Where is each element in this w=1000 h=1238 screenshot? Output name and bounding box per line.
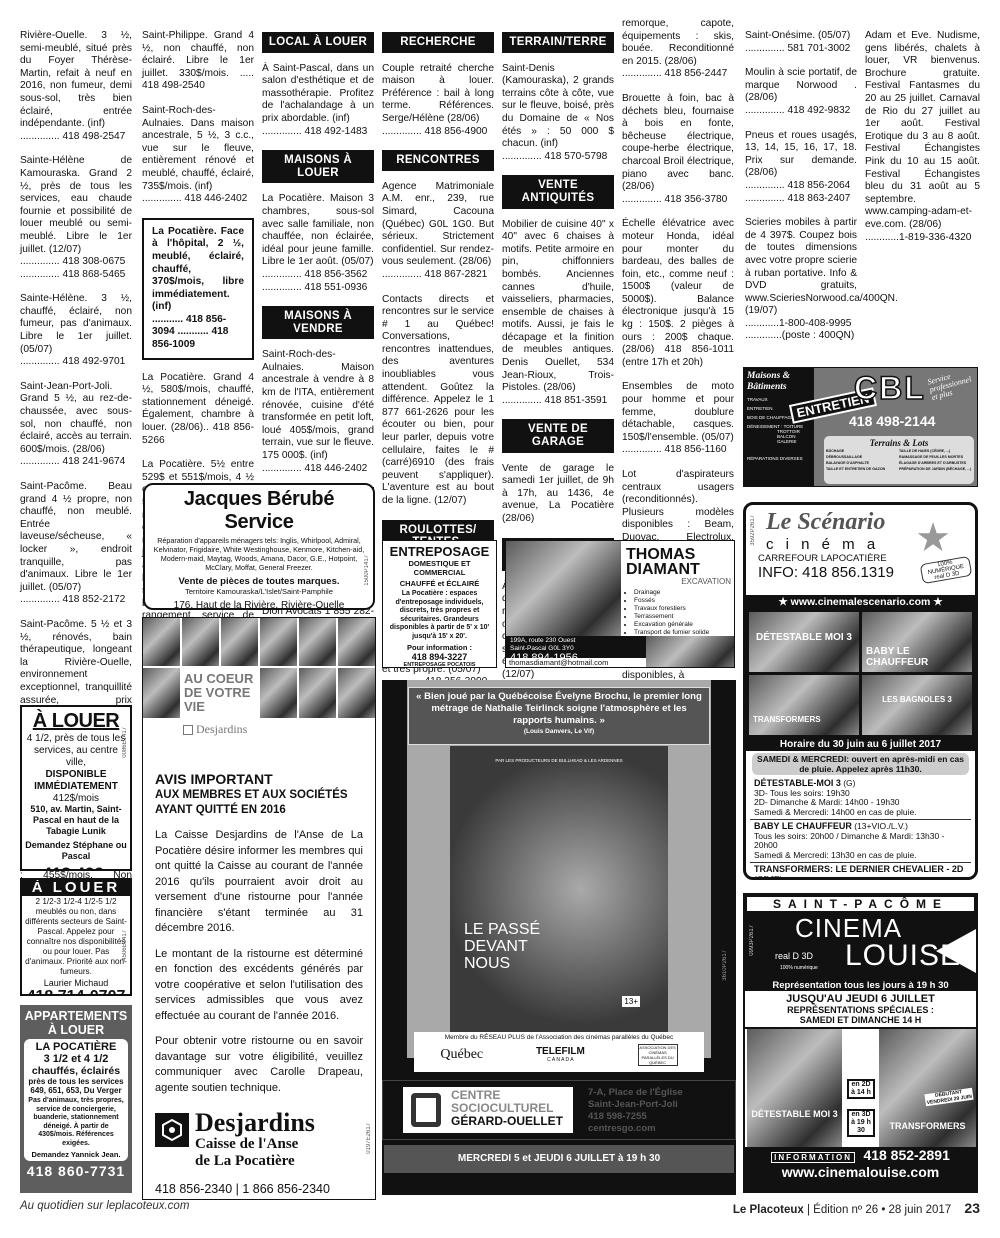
- column-7: Saint-Onésime. (05/07).............. 581…: [745, 30, 857, 355]
- classified-ad: Brouette à foin, bac à déchets bleu, fou…: [622, 93, 734, 206]
- ad-phone: .............. 418 856-2447: [622, 68, 734, 81]
- poster-title: LE PASSÉ DEVANT NOUS: [464, 921, 544, 972]
- logo-line: THOMAS: [626, 547, 731, 562]
- special-text: REPRÉSENTATIONS SPÉCIALES :: [747, 1005, 974, 1015]
- ad-le-scenario-cinema: Le Scénario c i n é m a CARREFOUR LAPOCA…: [743, 502, 978, 880]
- quebec-logo: Québec: [440, 1047, 483, 1063]
- schedule-notice: SAMEDI & MERCREDI: ouvert en après-midi …: [752, 753, 969, 775]
- ad-address: 199A, route 230 Ouest: [510, 637, 642, 645]
- classified-ad: La Pocatière. Maison 3 chambres, sous-so…: [262, 193, 374, 294]
- classified-ad: Saint-Philippe. Grand 4 ½, non chauffé, …: [142, 30, 254, 93]
- classified-ad: Couple retraité cherche maison à louer. …: [382, 63, 494, 139]
- banner-logo-text: Desjardins: [196, 722, 247, 736]
- movie-rating: (G): [843, 778, 855, 788]
- ad-text: Rivière-Ouelle. 3 ½, semi-meublé, situé …: [20, 30, 132, 131]
- ad-text: 4 1/2, près de tous les services, au cen…: [25, 733, 127, 769]
- services-list: Drainage Fossés Travaux forestiers Terra…: [626, 589, 731, 637]
- ad-title: AVIS IMPORTANT: [155, 771, 363, 788]
- logo-sub: de La Pocatière: [195, 1153, 315, 1170]
- showtime: Samedi & Mercredi: 13h30 en cas de pluie…: [754, 851, 967, 861]
- section-header: TERRAIN/TERRE: [502, 32, 614, 53]
- section-header: VENTE DE GARAGE: [502, 419, 614, 452]
- ad-inner: LA POCATIÈRE 3 1/2 et 4 1/2 chauffés, éc…: [24, 1039, 128, 1161]
- schedule-heading: Horaire du 30 juin au 6 juillet 2017: [746, 738, 975, 751]
- ad-city: LA POCATIÈRE: [26, 1041, 126, 1053]
- ad-text: Sainte-Hélène de Kamouraska. Grand 2 ½, …: [20, 155, 132, 256]
- section-header: RENCONTRES: [382, 150, 494, 171]
- edition-info: | Édition nº 26 • 28 juin 2017: [807, 1204, 951, 1216]
- ad-text: Saint-Onésime. (05/07): [745, 30, 857, 43]
- desjardins-logo: Desjardins Caisse de l'Anse de La Pocati…: [155, 1110, 363, 1170]
- ad-cbl-entretien: Maisons & Bâtiments TRAVAUX ENTRETIEN BO…: [743, 367, 978, 487]
- ad-text: Saint-Roch-des-Aulnaies. Dans maison anc…: [142, 105, 254, 193]
- classified-ad: Saint-Pacôme. Beau grand 4 ½ propre, non…: [20, 481, 132, 607]
- ad-phone: .............. 418 356-3780: [622, 194, 734, 207]
- classified-ad: remorque, capote, équipements : skis, bo…: [622, 18, 734, 81]
- ad-text: Réparation d'appareils ménagers tels: In…: [150, 536, 368, 572]
- screening-dates: MERCREDI 5 et JEUDI 6 JUILLET à 19 h 30: [384, 1145, 734, 1173]
- ad-price: 412$/mois: [25, 793, 127, 804]
- ad-text: Moulin à scie portatif, de marque Norwoo…: [745, 67, 857, 105]
- ad-website[interactable]: www.cinemalouise.com: [745, 1165, 976, 1180]
- ad-text: Adam et Eve. Nudisme, gens libérés, chal…: [865, 30, 980, 232]
- ad-sizes: 3 1/2 et 4 1/2: [26, 1053, 126, 1065]
- classified-ad: Ensembles de moto pour homme et pour fem…: [622, 381, 734, 457]
- classified-ad: Sainte-Hélène. 3 ½, chauffé, éclairé, no…: [20, 293, 132, 369]
- section-header: RECHERCHE: [382, 32, 494, 53]
- ad-contact: Demandez Yannick Jean.: [26, 1150, 126, 1159]
- classified-ad: Saint-Jean-Port-Joli. Grand 5 ½, au rez-…: [20, 381, 132, 469]
- ad-code: 0086E1417: [122, 727, 128, 758]
- quote-box: « Bien joué par la Québécoise Évelyne Br…: [408, 687, 710, 745]
- ad-phone: .............. 418 852-2172: [20, 594, 132, 607]
- ad-text: Pour information :: [386, 643, 493, 652]
- poster-title: DÉTESTABLE MOI 3: [751, 1109, 837, 1119]
- footer-tagline: Au quotidien sur leplacoteux.com: [20, 1200, 189, 1212]
- poster-title: LES BAGNOLES 3: [882, 695, 952, 704]
- ad-text: Ensembles de moto pour homme et pour fem…: [622, 381, 734, 444]
- ad-phone: .............. 418 856-3562 ............…: [262, 269, 374, 294]
- ad-phone: ............1-819-336-4320: [865, 232, 980, 245]
- service-item: Fossés: [634, 597, 731, 605]
- centre-name: GÉRARD-OUELLET: [451, 1115, 571, 1128]
- movie-rating: (13+VIO./L.V.): [854, 821, 908, 831]
- terrains-title: Terrains & Lots: [826, 438, 972, 448]
- ad-text: Couple retraité cherche maison à louer. …: [382, 63, 494, 126]
- service-item: RÉPARATIONS DIVERSES: [747, 456, 811, 461]
- centre-logo: CENTRE SOCIOCULTUREL GÉRARD-OUELLET: [403, 1087, 573, 1133]
- ad-a-louer-laurier-michaud: À LOUER 2 1/2-3 1/2-4 1/2-5 1/2 meublés …: [20, 878, 132, 996]
- classified-ad: Saint-Onésime. (05/07).............. 581…: [745, 30, 857, 55]
- photo: [299, 668, 336, 718]
- centre-band: CENTRE SOCIOCULTUREL GÉRARD-OUELLET 7-A,…: [382, 1080, 736, 1140]
- ad-subtitle: DOMESTIQUE ET COMMERCIAL: [386, 559, 493, 577]
- ad-code: 3610P2617: [722, 950, 728, 981]
- classified-ad: Adam et Eve. Nudisme, gens libérés, chal…: [865, 30, 980, 244]
- louise-header: CINEMA LOUISE real D 3D 100% numérique: [745, 913, 976, 980]
- ad-phone: 418 860-7731: [24, 1163, 128, 1179]
- ad-text: Saint-Roch-des-Aulnaies. Maison ancestra…: [262, 349, 374, 462]
- scenario-website[interactable]: ★ www.cinemalescenario.com ★: [746, 595, 975, 609]
- section-header: VENTE ANTIQUITÉS: [502, 175, 614, 208]
- poster: LES BAGNOLES 3: [862, 675, 972, 735]
- classified-ad: À Saint-Pascal, dans un salon d'esthétiq…: [262, 63, 374, 139]
- sponsor-logos: Québec TELEFILMC A N A D A ASSOCIATION D…: [414, 1044, 704, 1066]
- poster-title: TRANSFORMERS: [753, 715, 821, 724]
- classified-ad: La Pocatière. Grand 4 ½, 580$/mois, chau…: [142, 372, 254, 448]
- ad-phone: .............. 418 867-2821: [382, 269, 494, 282]
- ad-text: Territoire Kamouraska/L'Islet/Saint-Pamp…: [150, 587, 368, 596]
- terrain-item: TAILLE ET ENTRETIEN DE GAZON: [826, 466, 899, 472]
- ad-phone: ........... 418 856-3094 ........... 418…: [152, 314, 244, 352]
- ad-thomas-diamant-excavation: THOMAS DIAMANT EXCAVATION Drainage Fossé…: [505, 540, 735, 668]
- terrains-box: Terrains & Lots BÛCHAGETAILLE DE HAIES (…: [824, 436, 974, 484]
- schedule-list: DÉTESTABLE-MOI 3 (G)3D- Tous les soirs: …: [750, 777, 971, 880]
- photo: [260, 618, 297, 666]
- logo-sub: EXCAVATION: [626, 577, 731, 586]
- cbl-logo: CBL: [854, 370, 926, 407]
- photo: [338, 618, 375, 666]
- poster-title: DÉTESTABLE MOI 3: [756, 632, 852, 643]
- company-logo: THOMAS DIAMANT EXCAVATION Drainage Fossé…: [626, 547, 731, 637]
- logo-text: Desjardins Caisse de l'Anse de La Pocati…: [195, 1110, 315, 1170]
- ad-subtitle: CHAUFFÉ et ÉCLAIRÉ: [386, 579, 493, 588]
- rating-badge: 13+: [622, 996, 640, 1007]
- ad-text: Saint-Denis (Kamouraska), 2 grands terra…: [502, 63, 614, 151]
- showtime: Samedi & Mercredi: 14h00 en cas de pluie…: [754, 808, 967, 818]
- poster: TRANSFORMERS: [879, 1029, 976, 1147]
- ad-jacques-berube-service: Jacques Bérubé Service Réparation d'appa…: [143, 483, 375, 610]
- star-icon: ★: [915, 515, 951, 561]
- ad-phone: .............. 418 492-1483: [262, 126, 374, 139]
- cbl-left-panel: Maisons & Bâtiments TRAVAUX ENTRETIEN BO…: [744, 368, 814, 487]
- poster: DÉTESTABLE MOI 3: [749, 612, 859, 672]
- movie-rating: (GDJE): [754, 874, 782, 881]
- ad-title: À LOUER: [25, 710, 127, 733]
- louise-posters: DÉTESTABLE MOI 3 en 2D à 14 h en 3D à 19…: [745, 1029, 976, 1147]
- ad-website[interactable]: centresgo.com: [588, 1123, 683, 1135]
- ad-phone: 418 598-7255: [588, 1111, 683, 1123]
- ad-phone: .............. 418 308-0675 ............…: [20, 256, 132, 281]
- info-label: INFORMATION: [771, 1152, 855, 1163]
- scenario-header: Le Scénario c i n é m a CARREFOUR LAPOCA…: [746, 505, 975, 595]
- ad-paragraph: Le montant de la ristourne est déterminé…: [155, 947, 363, 1025]
- photo: [182, 618, 219, 666]
- ad-text: Pas d'animaux, très propres, service de …: [26, 1097, 126, 1148]
- ad-phone: .............. 418 446-2402: [262, 463, 374, 476]
- ad-text: DISPONIBLE IMMÉDIATEMENT: [25, 769, 127, 793]
- marquee: SAINT-PACÔME: [745, 895, 976, 913]
- centre-contact: 7-A, Place de l'Église Saint-Jean-Port-J…: [588, 1087, 683, 1135]
- ad-phone: .............. 418 851-3591: [502, 395, 614, 408]
- banner-line: DE VOTRE VIE: [184, 686, 256, 714]
- classified-ad: Sainte-Hélène de Kamouraska. Grand 2 ½, …: [20, 155, 132, 281]
- arrow-shape: [936, 929, 976, 973]
- ad-text: La Pocatière. Face à l'hôpital, 2 ½, meu…: [152, 226, 244, 314]
- logo-sub: Caisse de l'Anse: [195, 1136, 315, 1153]
- poster-title: TRANSFORMERS: [890, 1121, 966, 1131]
- film-quote: « Bien joué par la Québécoise Évelyne Br…: [413, 691, 705, 727]
- classified-ad: Contacts directs et rencontres sur le se…: [382, 294, 494, 508]
- ad-text: Vente de garage le samedi 1er juillet, d…: [502, 463, 614, 526]
- ad-phone: ............1-800-408-9995 .............…: [745, 318, 857, 343]
- ad-paragraph: Pour obtenir votre ristourne ou en savoi…: [155, 1034, 363, 1096]
- ad-text: Pneus et roues usagés, 13, 14, 15, 16, 1…: [745, 130, 857, 180]
- boxed-classified-ad: La Pocatière. Face à l'hôpital, 2 ½, meu…: [142, 218, 254, 360]
- sponsor-band: Membre du RÉSEAU PLUS de l'Association d…: [414, 1032, 704, 1072]
- ad-body: AVIS IMPORTANT AUX MEMBRES ET AUX SOCIÉT…: [143, 741, 375, 1200]
- ad-email: thomasdiamant@hotmail.com: [506, 658, 646, 667]
- left-title: Maisons & Bâtiments: [747, 371, 811, 393]
- ad-phone: .............. 418 492-9832: [745, 105, 857, 118]
- classified-ad: Échelle élévatrice avec moteur Honda, id…: [622, 218, 734, 369]
- desjardins-small-icon: [183, 725, 193, 735]
- poster: TRANSFORMERS: [749, 675, 859, 735]
- representation-text: Représentation tous les jours à 19 h 30: [745, 980, 976, 991]
- reald-logo: real D 3D: [775, 951, 813, 961]
- section-header: MAISONS À LOUER: [262, 150, 374, 183]
- ad-phone: .............. 418 241-9674: [20, 456, 132, 469]
- banner-logo: Desjardins: [143, 718, 375, 741]
- section-header: MAISONS À VENDRE: [262, 306, 374, 339]
- louise-dates: JUSQU'AU JEUDI 6 JUILLET REPRÉSENTATIONS…: [745, 991, 976, 1027]
- showtime-tag: en 2D à 14 h: [847, 1079, 875, 1099]
- classified-ad: Saint-Roch-des-Aulnaies. Dans maison anc…: [142, 105, 254, 206]
- ad-contact: Demandez Stéphane ou Pascal: [25, 840, 127, 862]
- ad-text: Sainte-Hélène. 3 ½, chauffé, éclairé, no…: [20, 293, 132, 356]
- ad-title: À LOUER: [22, 880, 130, 896]
- special-text: SAMEDI ET DIMANCHE 14 H: [747, 1015, 974, 1025]
- ad-phone: 418 852-2891: [863, 1147, 949, 1163]
- section-header: LOCAL À LOUER: [262, 32, 374, 53]
- ad-text: La Pocatière. Maison 3 chambres, sous-so…: [262, 193, 374, 269]
- photo: [221, 618, 258, 666]
- ad-text: Échelle élévatrice avec moteur Honda, id…: [622, 218, 734, 369]
- poster: DÉTESTABLE MOI 3: [747, 1029, 842, 1147]
- photo: [299, 618, 336, 666]
- telefilm-sub: C A N A D A: [536, 1057, 585, 1063]
- poster-producers: PAR LES PRODUCTEURS DE BULLHEAD & LES AR…: [450, 758, 668, 763]
- poster-title: BABY LE CHAUFFEUR: [866, 646, 928, 668]
- ad-address: 176, Haut de la Rivière, Rivière-Ouelle: [150, 600, 368, 610]
- desjardins-hexagon-icon: [155, 1113, 189, 1147]
- ad-title: ENTREPOSAGE: [386, 544, 493, 559]
- quote-source: (Louis Danvers, Le Vif): [413, 728, 705, 735]
- ad-phone: .............. 581 701-3002: [745, 43, 857, 56]
- service-item: GALERIE: [777, 439, 811, 444]
- showtime: Tous les soirs: 20h00 / Dimanche & Mardi…: [754, 832, 967, 851]
- ad-address: Saint-Pascal G0L 3Y0: [510, 645, 642, 653]
- ad-text: À Saint-Pascal, dans un salon d'esthétiq…: [262, 63, 374, 126]
- poster: BABY LE CHAUFFEUR: [862, 612, 972, 672]
- truck-photo: [646, 636, 735, 668]
- ad-phone: .............. 418 492-9701: [20, 356, 132, 369]
- ad-text: 2 1/2-3 1/2-4 1/2-5 1/2 meublés ou non, …: [22, 896, 130, 978]
- ad-phone: .............. 418 856-2064 ............…: [745, 180, 857, 205]
- banner-line: AU COEUR: [184, 672, 256, 686]
- schedule-item: BABY LE CHAUFFEUR (13+VIO./L.V.)Tous les…: [750, 820, 971, 863]
- photo-banner: AU COEUR DE VOTRE VIE: [143, 618, 375, 718]
- ad-code: 0197E2617: [366, 1123, 372, 1154]
- classified-ad: Saint-Roch-des-Aulnaies. Maison ancestra…: [262, 349, 374, 475]
- ad-text: Mobilier de cuisine 40" x 40" avec 6 cha…: [502, 219, 614, 395]
- ad-text: Saint-Jean-Port-Joli. Grand 5 ½, au rez-…: [20, 381, 132, 457]
- page-number: 23: [964, 1200, 980, 1216]
- ad-phone: 418 492-2096: [25, 864, 127, 871]
- ad-text: Vente de pièces de toutes marques.: [150, 576, 368, 587]
- logo-name: Desjardins: [195, 1110, 315, 1136]
- ad-title: APPARTEMENTS À LOUER: [24, 1009, 128, 1037]
- schedule-item: DÉTESTABLE-MOI 3 (G)3D- Tous les soirs: …: [750, 777, 971, 820]
- cbl-tagline: Service professionnel et plus: [927, 367, 978, 402]
- ad-text: remorque, capote, équipements : skis, bo…: [622, 18, 734, 68]
- ad-text: Brouette à foin, bac à déchets bleu, fou…: [622, 93, 734, 194]
- ad-text: Saint-Pacôme. Beau grand 4 ½ propre, non…: [20, 481, 132, 594]
- ad-code: 3592P2617: [750, 515, 756, 546]
- photo: [143, 668, 180, 718]
- ad-phone: 418 894-3227: [386, 652, 493, 662]
- service-item: Drainage: [634, 589, 731, 597]
- classified-ad: Mobilier de cuisine 40" x 40" avec 6 cha…: [502, 219, 614, 408]
- classified-ad: Agence Matrimoniale A.M. enr., 239, rue …: [382, 181, 494, 282]
- ad-subtitle: AUX MEMBRES ET AUX SOCIÉTÉS AYANT QUITTÉ…: [155, 788, 363, 818]
- ad-phone: .............. 418 446-2402: [142, 193, 254, 206]
- classified-ad: Pneus et roues usagés, 13, 14, 15, 16, 1…: [745, 130, 857, 206]
- ad-features: chauffés, éclairés: [26, 1065, 126, 1077]
- logo-line: DIAMANT: [626, 562, 731, 577]
- classified-ad: Vente de garage le samedi 1er juillet, d…: [502, 463, 614, 526]
- louise-info: INFORMATION 418 852-2891 www.cinemalouis…: [745, 1147, 976, 1180]
- ad-phone: .............. 418 570-5798: [502, 151, 614, 164]
- ad-appartements-a-louer: APPARTEMENTS À LOUER LA POCATIÈRE 3 1/2 …: [20, 1005, 132, 1193]
- newspaper-brand: Le Placoteux: [733, 1204, 804, 1216]
- classified-ad: Moulin à scie portatif, de marque Norwoo…: [745, 67, 857, 117]
- footer-edition: Le Placoteux | Édition nº 26 • 28 juin 2…: [733, 1200, 980, 1216]
- ad-title: Jacques Bérubé Service: [150, 488, 368, 534]
- ad-phone: 418 714-0707: [22, 988, 130, 996]
- movie-title: DÉTESTABLE-MOI 3: [754, 778, 841, 788]
- ad-entreposage: ENTREPOSAGE DOMESTIQUE ET COMMERCIAL CHA…: [382, 540, 497, 668]
- ad-le-passe-devant-nous: « Bien joué par la Québécoise Évelyne Br…: [382, 680, 736, 1195]
- ad-code: 1500P1417: [364, 555, 370, 586]
- ad-desjardins: AU COEUR DE VOTRE VIE Desjardins AVIS IM…: [142, 617, 376, 1200]
- ad-text: Scieries mobiles à partir de 4 397$. Cou…: [745, 217, 857, 318]
- excavator-photo: [506, 541, 621, 636]
- ad-text: La Pocatière : espaces d'entreposage ind…: [386, 590, 493, 641]
- ad-text: près de tous les services: [26, 1077, 126, 1086]
- film-poster: PAR LES PRODUCTEURS DE BULLHEAD & LES AR…: [450, 746, 668, 1032]
- ad-text: Saint-Philippe. Grand 4 ½, non chauffé, …: [142, 30, 254, 93]
- service-item: Excavation générale: [634, 621, 731, 629]
- ad-address: Saint-Jean-Port-Joli: [588, 1099, 683, 1111]
- ad-cinema-louise: SAINT-PACÔME CINEMA LOUISE real D 3D 100…: [743, 893, 978, 1193]
- classified-ad: Scieries mobiles à partir de 4 397$. Cou…: [745, 217, 857, 343]
- terrain-item: PRÉPARATION DE JARDIN (BÊCHAGE, ...): [899, 466, 972, 472]
- service-item: Terrassement: [634, 613, 731, 621]
- service-item: TRAVAUX: [747, 397, 811, 402]
- member-text: Membre du RÉSEAU PLUS de l'Association d…: [414, 1034, 704, 1041]
- numerique-label: 100% numérique: [780, 965, 818, 971]
- classified-ad: Saint-Denis (Kamouraska), 2 grands terra…: [502, 63, 614, 164]
- ad-address: 649, 651, 653, Du Verger: [26, 1086, 126, 1095]
- classified-ad: Rivière-Ouelle. 3 ½, semi-meublé, situé …: [20, 30, 132, 143]
- ad-text: La Pocatière. Grand 4 ½, 580$/mois, chau…: [142, 372, 254, 448]
- ad-phone: 418 856-2340 | 1 866 856-2340: [155, 1182, 363, 1198]
- terrains-grid: BÛCHAGETAILLE DE HAIES (CÈDRE, ...) DÉBR…: [826, 448, 972, 472]
- telefilm-text: TELEFILM: [536, 1047, 585, 1057]
- telefilm-logo: TELEFILMC A N A D A: [536, 1047, 585, 1063]
- ad-paragraph: La Caisse Desjardins de l'Anse de La Poc…: [155, 828, 363, 937]
- ad-a-louer-saint-pascal: À LOUER 4 1/2, près de tous les services…: [20, 705, 132, 871]
- ad-phone: .............. 418 498-2547: [20, 131, 132, 144]
- schedule-item: TRANSFORMERS: LE DERNIER CHEVALIER - 2D …: [750, 863, 971, 880]
- ad-contact: Laurier Michaud: [22, 978, 130, 988]
- ad-phone: .............. 418 856-1160: [622, 444, 734, 457]
- cgo-icon: [411, 1093, 441, 1127]
- movie-title: TRANSFORMERS: LE DERNIER CHEVALIER - 2D: [754, 864, 963, 874]
- until-text: JUSQU'AU JEUDI 6 JUILLET: [747, 993, 974, 1005]
- ad-code: 4506E1417: [122, 930, 128, 961]
- showtime-tag: en 3D à 19 h 30: [847, 1109, 875, 1137]
- poster-grid: DÉTESTABLE MOI 3 BABY LE CHAUFFEUR TRANS…: [746, 609, 975, 738]
- banner-text: AU COEUR DE VOTRE VIE: [182, 668, 258, 718]
- service-item: Travaux forestiers: [634, 605, 731, 613]
- column-8: Adam et Eve. Nudisme, gens libérés, chal…: [865, 30, 980, 256]
- ad-code: 0993P2617: [749, 925, 755, 956]
- photo: [338, 668, 375, 718]
- movie-title: BABY LE CHAUFFEUR: [754, 821, 852, 831]
- photo: [260, 668, 297, 718]
- acpq-logo: ASSOCIATION DES CINÉMAS PARALLÈLES DU QU…: [638, 1044, 678, 1066]
- ad-phone: 418 498-2144: [849, 413, 935, 429]
- ad-address: 7-A, Place de l'Église: [588, 1087, 683, 1099]
- ad-text: Agence Matrimoniale A.M. enr., 239, rue …: [382, 181, 494, 269]
- ad-text: Contacts directs et rencontres sur le se…: [382, 294, 494, 508]
- photo: [143, 618, 180, 666]
- ad-phone: .............. 418 856-4900: [382, 126, 494, 139]
- ad-address: 510, av. Martin, Saint-Pascal en haut de…: [25, 804, 127, 837]
